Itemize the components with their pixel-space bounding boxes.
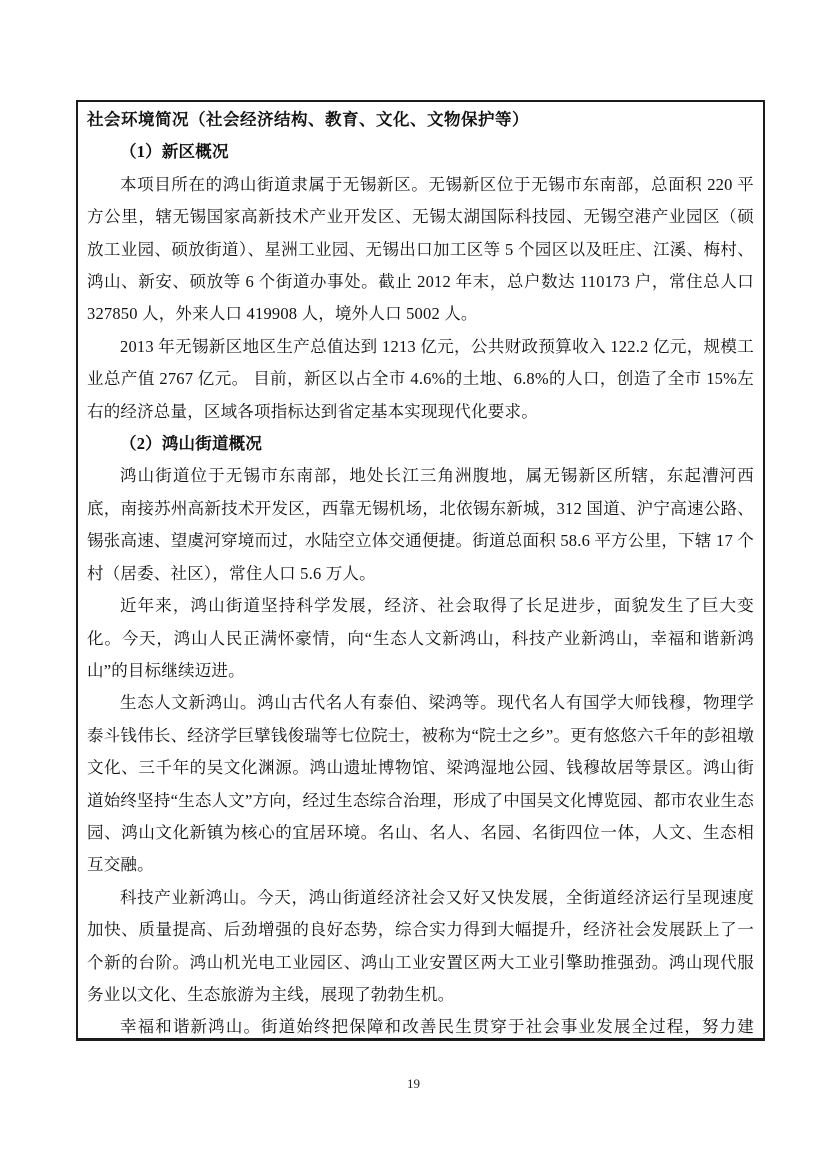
section-heading: （2）鸿山街道概况 <box>87 428 754 460</box>
section-heading: （1）新区概况 <box>87 136 754 168</box>
table-cell-header: 社会环境简况（社会经济结构、教育、文化、文物保护等） <box>87 104 754 136</box>
social-environment-table-cell: 社会环境简况（社会经济结构、教育、文化、文物保护等） （1）新区概况本项目所在的… <box>76 100 765 1041</box>
document-page: 社会环境简况（社会经济结构、教育、文化、文物保护等） （1）新区概况本项目所在的… <box>0 0 827 1169</box>
body-paragraph: 生态人文新鸿山。鸿山古代名人有泰伯、梁鸿等。现代名人有国学大师钱穆，物理学泰斗钱… <box>87 687 754 881</box>
body-paragraph: 2013 年无锡新区地区生产总值达到 1213 亿元，公共财政预算收入 122.… <box>87 331 754 428</box>
body-paragraph: 科技产业新鸿山。今天，鸿山街道经济社会又好又快发展，全街道经济运行呈现速度加快、… <box>87 882 754 1012</box>
cell-body: （1）新区概况本项目所在的鸿山街道隶属于无锡新区。无锡新区位于无锡市东南部，总面… <box>87 136 754 1041</box>
body-paragraph: 近年来，鸿山街道坚持科学发展，经济、社会取得了长足进步，面貌发生了巨大变化。今天… <box>87 590 754 687</box>
body-paragraph: 本项目所在的鸿山街道隶属于无锡新区。无锡新区位于无锡市东南部，总面积 220 平… <box>87 169 754 331</box>
page-number: 19 <box>0 1076 827 1092</box>
body-paragraph: 鸿山街道位于无锡市东南部，地处长江三角洲腹地，属无锡新区所辖，东起漕河西底，南接… <box>87 460 754 590</box>
body-paragraph: 幸福和谐新鸿山。街道始终把保障和改善民生贯穿于社会事业发展全过程，努力建设“幸福… <box>87 1011 754 1041</box>
